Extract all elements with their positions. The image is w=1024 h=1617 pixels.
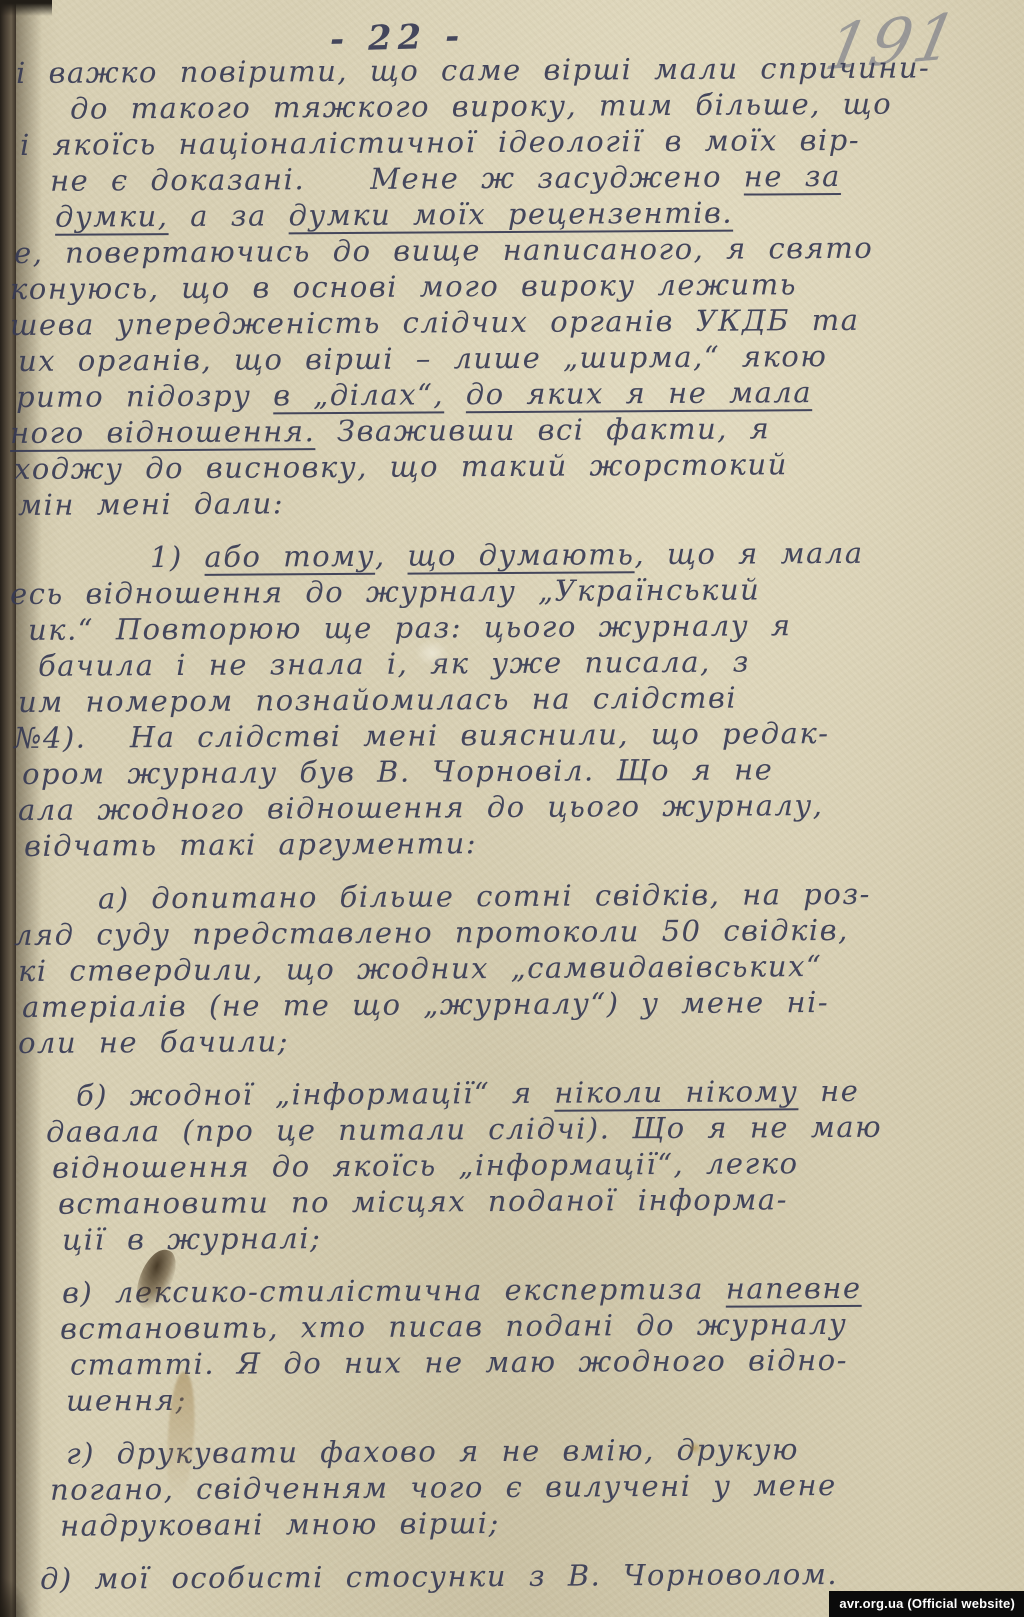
text-line: ходжу до висновку, що такий жорстокий xyxy=(10,445,1006,487)
text-segment: давала (про це питали слідчі). Що я не м… xyxy=(46,1110,882,1149)
text-line: конуюсь, що в основі мого вироку лежить xyxy=(10,265,1006,307)
text-segment: бачила і не знала і, як уже писала, з xyxy=(38,645,750,683)
text-segment: ала жодного відношення до цього журналу, xyxy=(18,788,824,827)
text-segment: відчать такі аргументи: xyxy=(24,826,477,863)
text-line: бачила і не знала і, як уже писала, з xyxy=(10,642,1006,684)
underlined-text-segment: не за xyxy=(744,159,841,194)
text-line: б) жодної „інформації“ я ніколи нікому н… xyxy=(10,1072,1006,1114)
text-segment: ляд суду представлено протоколи 50 свідк… xyxy=(14,913,849,952)
scanned-document-page: - 22 - 191 і важко повірити, що саме вір… xyxy=(0,0,1024,1617)
text-segment: оли не бачили; xyxy=(18,1024,289,1060)
text-line: их органів, що вірші – лише „ширма,“ яко… xyxy=(10,337,1006,379)
text-line: есь відношення до журналу „Український xyxy=(10,570,1006,612)
text-segment: встановить, хто писав подані до журналу xyxy=(60,1307,847,1346)
text-segment: №4). На слідстві мені вияснили, що редак… xyxy=(14,716,830,755)
text-segment: ором журналу був В. Чорновіл. Що я не xyxy=(22,752,774,791)
text-line: е, повертаючись до вище написаного, я св… xyxy=(10,229,1006,271)
text-segment: і важко повірити, що саме вірші мали спр… xyxy=(16,50,930,90)
text-line: ик.“ Повторюю ще раз: цього журналу я xyxy=(10,606,1006,648)
text-line: встановить, хто писав подані до журналу xyxy=(10,1305,1006,1347)
text-line: ала жодного відношення до цього журналу, xyxy=(10,786,1006,828)
text-line: г) друкувати фахово я не вмію, друкую xyxy=(10,1430,1006,1472)
text-line: відчать такі аргументи: xyxy=(10,822,1006,864)
text-line: кі ствердили, що жодних „самвидавівських… xyxy=(10,947,1006,989)
text-segment: д) мої особисті стосунки з В. Чорноволом… xyxy=(40,1557,838,1596)
underlined-text-segment: напевне xyxy=(726,1271,862,1306)
text-segment: а) допитано більше сотні свідків, на роз… xyxy=(98,877,871,916)
underlined-text-segment: до яких я не мала xyxy=(466,375,813,411)
text-segment: есь відношення до журналу „Український xyxy=(10,572,761,611)
text-segment: шення; xyxy=(66,1383,187,1418)
text-line: відношення до якоїсь „інформації“, легко xyxy=(10,1144,1006,1186)
text-line: шення; xyxy=(10,1377,1006,1419)
underlined-text-segment: ного відношення. xyxy=(10,414,315,450)
text-segment: , що я мала xyxy=(634,536,863,571)
text-line: ції в журналі; xyxy=(10,1216,1006,1258)
text-segment: ції в журналі; xyxy=(62,1221,322,1257)
text-segment: рито підозру xyxy=(16,378,273,414)
text-segment: Зваживши всі факти, я xyxy=(315,411,770,448)
underlined-text-segment: або тому xyxy=(204,539,375,574)
text-line: давала (про це питали слідчі). Що я не м… xyxy=(10,1108,1006,1150)
text-line: статті. Я до них не маю жодного відно- xyxy=(10,1341,1006,1383)
text-line: ором журналу був В. Чорновіл. Що я не xyxy=(10,750,1006,792)
text-line: шева упередженість слідчих органів УКДБ … xyxy=(10,301,1006,343)
text-segment: в) лексико-стилістична експертиза xyxy=(62,1272,726,1310)
text-line: в) лексико-стилістична експертиза напевн… xyxy=(10,1269,1006,1311)
text-line: і якоїсь націоналістичної ідеології в мо… xyxy=(10,121,1006,163)
text-line: думки, а за думки моїх рецензентів. xyxy=(10,193,1006,235)
handwritten-text: і важко повірити, що саме вірші мали спр… xyxy=(10,52,1006,1594)
text-segment: им номером познайомилась на слідстві xyxy=(18,681,737,719)
text-segment: е, повертаючись до вище написаного, я св… xyxy=(14,231,873,270)
text-segment: і якоїсь націоналістичної ідеології в мо… xyxy=(20,123,860,162)
underlined-text-segment: думки, xyxy=(55,199,169,234)
text-segment: надруковані мною вірші; xyxy=(60,1506,500,1543)
text-segment: статті. Я до них не маю жодного відно- xyxy=(70,1343,848,1382)
text-line: надруковані мною вірші; xyxy=(10,1502,1006,1544)
underlined-text-segment: ніколи нікому xyxy=(554,1074,798,1109)
underlined-text-segment: що думають xyxy=(407,537,634,572)
text-segment: погано, свідченням чого є вилучені у мен… xyxy=(50,1468,837,1507)
text-line: рито підозру в „ділах“, до яких я не мал… xyxy=(10,373,1006,415)
text-segment: не xyxy=(798,1074,859,1108)
text-segment: 1) xyxy=(150,540,205,574)
text-segment: а за xyxy=(168,198,288,233)
text-segment: до такого тяжкого вироку, тим більше, що xyxy=(70,87,892,126)
text-segment: не є доказані. Мене ж засуджено xyxy=(50,160,744,198)
text-segment: ходжу до висновку, що такий жорстокий xyxy=(14,447,788,486)
text-segment: шева упередженість слідчих органів УКДБ … xyxy=(10,303,860,342)
text-segment: г) друкувати фахово я не вмію, друкую xyxy=(66,1432,799,1470)
text-segment: кі ствердили, що жодних „самвидавівських… xyxy=(18,949,822,988)
text-segment: ик.“ Повторюю ще раз: цього журналу я xyxy=(28,608,792,647)
text-line: им номером познайомилась на слідстві xyxy=(10,678,1006,720)
scan-corner-shadow-top xyxy=(0,0,52,16)
text-line: до такого тяжкого вироку, тим більше, що xyxy=(10,85,1006,127)
text-line: а) допитано більше сотні свідків, на роз… xyxy=(10,875,1006,917)
text-line: ного відношення. Зваживши всі факти, я xyxy=(10,409,1006,451)
text-line: встановити по місцях поданої інформа- xyxy=(10,1180,1006,1222)
text-segment: мін мені дали: xyxy=(18,486,284,522)
source-watermark: avr.org.ua (Official website) xyxy=(829,1591,1024,1617)
text-line: атеріалів (не те що „журналу“) у мене ні… xyxy=(10,983,1006,1025)
text-segment: , xyxy=(375,539,408,573)
text-segment: б) жодної „інформації“ я xyxy=(76,1076,554,1113)
text-line: не є доказані. Мене ж засуджено не за xyxy=(10,157,1006,199)
underlined-text-segment: думки моїх рецензентів. xyxy=(288,196,733,233)
text-line: мін мені дали: xyxy=(10,481,1006,523)
text-segment: атеріалів (не те що „журналу“) у мене ні… xyxy=(22,985,829,1024)
text-line: ляд суду представлено протоколи 50 свідк… xyxy=(10,911,1006,953)
text-segment: их органів, що вірші – лише „ширма,“ яко… xyxy=(18,339,828,378)
text-line: №4). На слідстві мені вияснили, що редак… xyxy=(10,714,1006,756)
text-segment xyxy=(444,377,466,411)
underlined-text-segment: в „ділах“, xyxy=(273,377,444,412)
text-line: і важко повірити, що саме вірші мали спр… xyxy=(10,49,1006,91)
text-line: погано, свідченням чого є вилучені у мен… xyxy=(10,1466,1006,1508)
text-segment: конуюсь, що в основі мого вироку лежить xyxy=(10,267,797,306)
text-line: 1) або тому, що думають, що я мала xyxy=(10,534,1006,576)
text-segment: відношення до якоїсь „інформації“, легко xyxy=(52,1146,799,1185)
text-segment: встановити по місцях поданої інформа- xyxy=(58,1182,788,1220)
text-line: оли не бачили; xyxy=(10,1019,1006,1061)
